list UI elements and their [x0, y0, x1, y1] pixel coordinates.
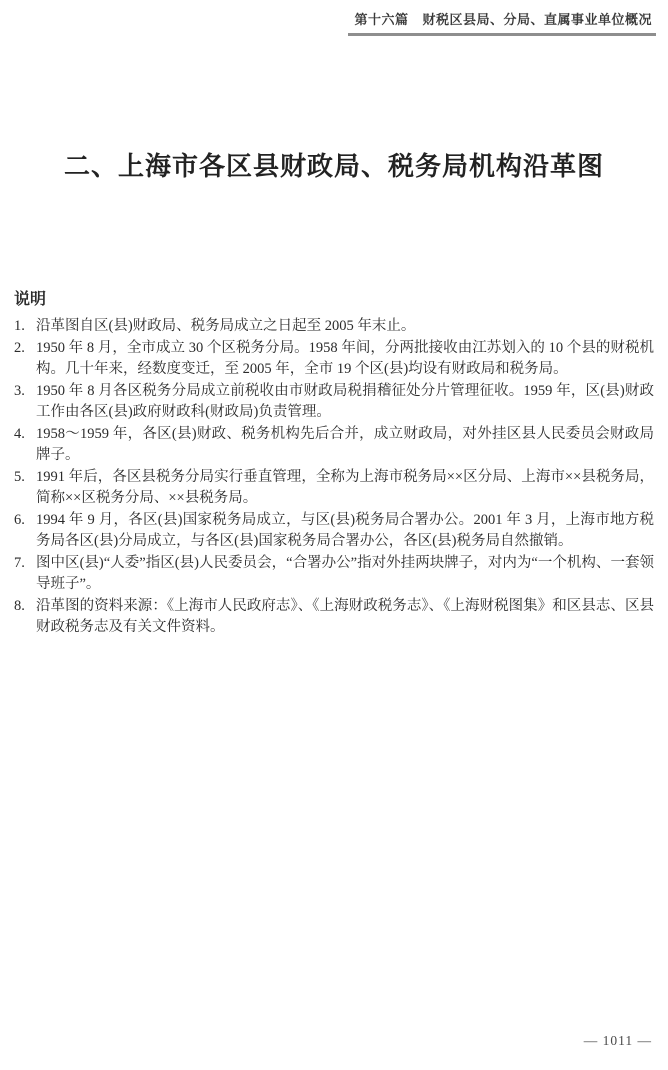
list-item: 4. 1958～1959 年，各区(县)财政、税务机构先后合并，成立财政局，对外…: [14, 424, 654, 467]
list-item-number: 5.: [14, 467, 36, 510]
running-head-title: 财税区县局、分局、直属事业单位概况: [422, 12, 652, 27]
list-item-text: 1994 年 9 月，各区(县)国家税务局成立，与区(县)税务局合署办公。200…: [36, 510, 654, 553]
list-item-text: 1950 年 8 月，全市成立 30 个区税务分局。1958 年间，分两批接收由…: [36, 338, 654, 381]
list-item-text: 1991 年后，各区县税务分局实行垂直管理，全称为上海市税务局××区分局、上海市…: [36, 467, 654, 510]
running-head: 第十六篇财税区县局、分局、直属事业单位概况: [348, 9, 656, 36]
running-head-section: 第十六篇: [354, 12, 408, 27]
list-item-number: 4.: [14, 424, 36, 467]
list-item: 6. 1994 年 9 月，各区(县)国家税务局成立，与区(县)税务局合署办公。…: [14, 510, 654, 553]
list-item-text: 沿革图的资料来源：《上海市人民政府志》、《上海财政税务志》、《上海财税图集》和区…: [36, 596, 654, 639]
list-item: 7. 图中区(县)“人委”指区(县)人民委员会，“合署办公”指对外挂两块牌子，对…: [14, 553, 654, 596]
notes-list: 1. 沿革图自区(县)财政局、税务局成立之日起至 2005 年末止。 2. 19…: [14, 316, 654, 639]
list-item: 5. 1991 年后，各区县税务分局实行垂直管理，全称为上海市税务局××区分局、…: [14, 467, 654, 510]
page-number: — 1011 —: [584, 1033, 652, 1049]
notes-label: 说明: [14, 286, 46, 309]
page-title: 二、上海市各区县财政局、税务局机构沿革图: [0, 146, 668, 183]
list-item-number: 8.: [14, 596, 36, 639]
document-page: 第十六篇财税区县局、分局、直属事业单位概况 二、上海市各区县财政局、税务局机构沿…: [0, 0, 668, 1070]
list-item-number: 6.: [14, 510, 36, 553]
list-item-text: 1950 年 8 月各区税务分局成立前税收由市财政局税捐稽征处分片管理征收。19…: [36, 381, 654, 424]
list-item-number: 3.: [14, 381, 36, 424]
list-item-number: 1.: [14, 316, 36, 338]
list-item-text: 沿革图自区(县)财政局、税务局成立之日起至 2005 年末止。: [36, 316, 654, 338]
list-item: 8. 沿革图的资料来源：《上海市人民政府志》、《上海财政税务志》、《上海财税图集…: [14, 596, 654, 639]
list-item: 3. 1950 年 8 月各区税务分局成立前税收由市财政局税捐稽征处分片管理征收…: [14, 381, 654, 424]
list-item-text: 图中区(县)“人委”指区(县)人民委员会，“合署办公”指对外挂两块牌子，对内为“…: [36, 553, 654, 596]
list-item: 1. 沿革图自区(县)财政局、税务局成立之日起至 2005 年末止。: [14, 316, 654, 338]
list-item-number: 7.: [14, 553, 36, 596]
list-item: 2. 1950 年 8 月，全市成立 30 个区税务分局。1958 年间，分两批…: [14, 338, 654, 381]
list-item-number: 2.: [14, 338, 36, 381]
list-item-text: 1958～1959 年，各区(县)财政、税务机构先后合并，成立财政局，对外挂区县…: [36, 424, 654, 467]
